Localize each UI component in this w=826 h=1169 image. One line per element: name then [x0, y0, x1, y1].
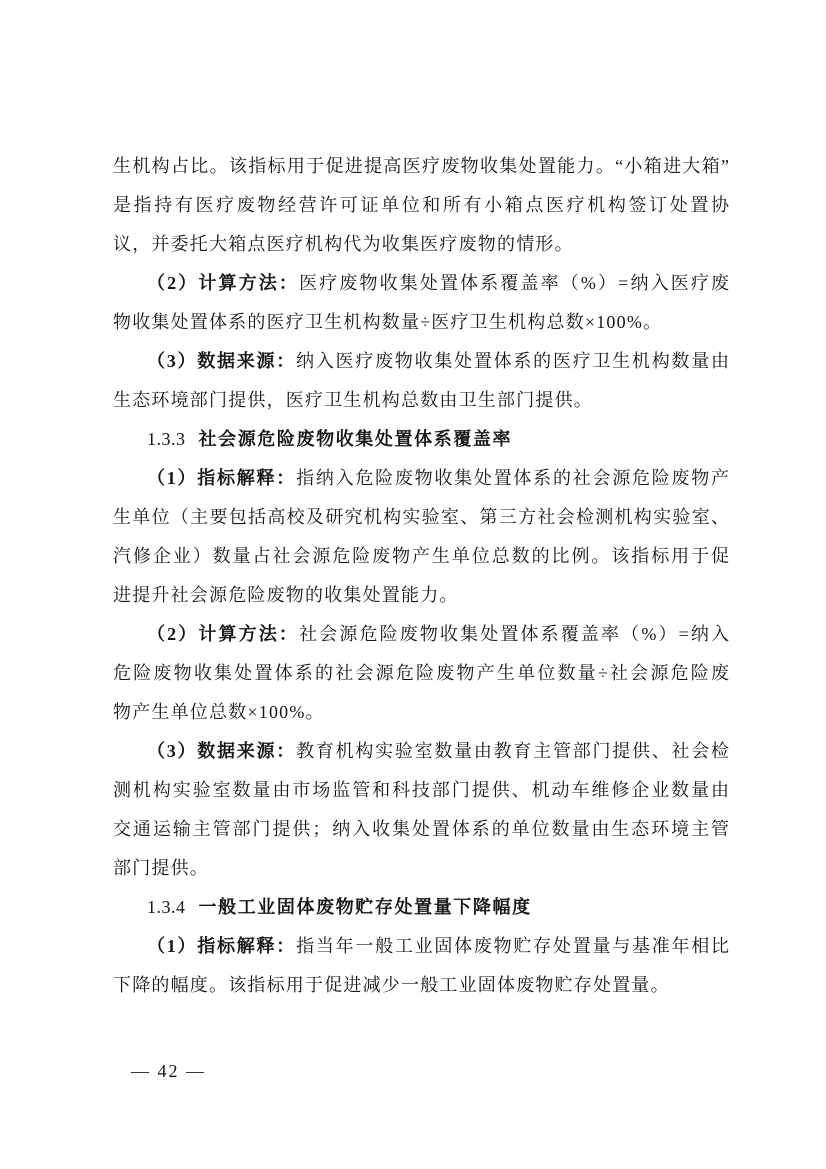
text-line: 下降的幅度。该指标用于促进减少一般工业固体废物贮存处置量。	[113, 966, 729, 1005]
text-line: （3）数据来源：纳入医疗废物收集处置体系的医疗卫生机构数量由	[113, 342, 729, 381]
text-line: 物收集处置体系的医疗卫生机构数量÷医疗卫生机构总数×100%。	[113, 303, 729, 342]
body-text: 是指持有医疗废物经营许可证单位和所有小箱点医疗机构签订处置协	[113, 195, 729, 215]
calc-method-label: （2）计算方法：	[147, 624, 299, 644]
text-line: 是指持有医疗废物经营许可证单位和所有小箱点医疗机构签订处置协	[113, 186, 729, 225]
text-line: 生态环境部门提供，医疗卫生机构总数由卫生部门提供。	[113, 381, 729, 420]
body-text: 指当年一般工业固体废物贮存处置量与基准年相比	[296, 936, 729, 956]
body-text: 纳入医疗废物收集处置体系的医疗卫生机构数量由	[296, 351, 729, 371]
body-text: 社会源危险废物收集处置体系覆盖率（%）=纳入	[299, 624, 729, 644]
body-text: 进提升社会源危险废物的收集处置能力。	[113, 585, 459, 605]
text-line: 物产生单位总数×100%。	[113, 693, 729, 732]
body-text: 物产生单位总数×100%。	[113, 702, 325, 722]
section-number: 1.3.3	[147, 429, 186, 449]
indicator-explain-label: （1）指标解释：	[147, 936, 296, 956]
text-line: 汽修企业）数量占社会源危险废物产生单位总数的比例。该指标用于促	[113, 537, 729, 576]
document-page: { "document": { "lines": [ { "t": "生机构占比…	[0, 0, 826, 1169]
section-title: 社会源危险废物收集处置体系覆盖率	[199, 429, 513, 449]
body-text: 医疗废物收集处置体系覆盖率（%）=纳入医疗废	[299, 273, 729, 293]
text-line: 交通运输主管部门提供；纳入收集处置体系的单位数量由生态环境主管	[113, 810, 729, 849]
body-text: 测机构实验室数量由市场监管和科技部门提供、机动车维修企业数量由	[113, 780, 729, 800]
body-text: 议，并委托大箱点医疗机构代为收集医疗废物的情形。	[113, 234, 574, 254]
text-line: 部门提供。	[113, 849, 729, 888]
section-title: 一般工业固体废物贮存处置量下降幅度	[199, 897, 532, 917]
page-number: — 42 —	[131, 1061, 206, 1081]
body-text: 部门提供。	[113, 858, 209, 878]
indicator-explain-label: （1）指标解释：	[147, 468, 296, 488]
section-heading-1-3-4: 1.3.4一般工业固体废物贮存处置量下降幅度	[113, 888, 729, 927]
text-line: 议，并委托大箱点医疗机构代为收集医疗废物的情形。	[113, 225, 729, 264]
body-text: 交通运输主管部门提供；纳入收集处置体系的单位数量由生态环境主管	[113, 819, 729, 839]
section-heading-1-3-3: 1.3.3社会源危险废物收集处置体系覆盖率	[113, 420, 729, 459]
text-line: 危险废物收集处置体系的社会源危险废物产生单位数量÷社会源危险废	[113, 654, 729, 693]
text-line: （1）指标解释：指当年一般工业固体废物贮存处置量与基准年相比	[113, 927, 729, 966]
body-text: 危险废物收集处置体系的社会源危险废物产生单位数量÷社会源危险废	[113, 663, 729, 683]
body-text: 物收集处置体系的医疗卫生机构数量÷医疗卫生机构总数×100%。	[113, 312, 662, 332]
body-text: 指纳入危险废物收集处置体系的社会源危险废物产	[296, 468, 729, 488]
body-text: 汽修企业）数量占社会源危险废物产生单位总数的比例。该指标用于促	[113, 546, 729, 566]
body-text: 生单位（主要包括高校及研究机构实验室、第三方社会检测机构实验室、	[113, 507, 729, 527]
section-number: 1.3.4	[147, 897, 186, 917]
text-line: 进提升社会源危险废物的收集处置能力。	[113, 576, 729, 615]
page-footer: — 42 —	[131, 1056, 206, 1086]
data-source-label: （3）数据来源：	[147, 351, 296, 371]
body-text: 生态环境部门提供，医疗卫生机构总数由卫生部门提供。	[113, 390, 593, 410]
text-line: （2）计算方法：社会源危险废物收集处置体系覆盖率（%）=纳入	[113, 615, 729, 654]
text-line: 生单位（主要包括高校及研究机构实验室、第三方社会检测机构实验室、	[113, 498, 729, 537]
body-text: 生机构占比。该指标用于促进提高医疗废物收集处置能力。“小箱进大箱”	[113, 156, 729, 176]
text-line: （2）计算方法：医疗废物收集处置体系覆盖率（%）=纳入医疗废	[113, 264, 729, 303]
data-source-label: （3）数据来源：	[147, 741, 296, 761]
text-line: （1）指标解释：指纳入危险废物收集处置体系的社会源危险废物产	[113, 459, 729, 498]
text-line: （3）数据来源：教育机构实验室数量由教育主管部门提供、社会检	[113, 732, 729, 771]
calc-method-label: （2）计算方法：	[147, 273, 299, 293]
document-body: 生机构占比。该指标用于促进提高医疗废物收集处置能力。“小箱进大箱” 是指持有医疗…	[113, 147, 729, 1005]
body-text: 教育机构实验室数量由教育主管部门提供、社会检	[296, 741, 729, 761]
text-line: 生机构占比。该指标用于促进提高医疗废物收集处置能力。“小箱进大箱”	[113, 147, 729, 186]
body-text: 下降的幅度。该指标用于促进减少一般工业固体废物贮存处置量。	[113, 975, 670, 995]
text-line: 测机构实验室数量由市场监管和科技部门提供、机动车维修企业数量由	[113, 771, 729, 810]
